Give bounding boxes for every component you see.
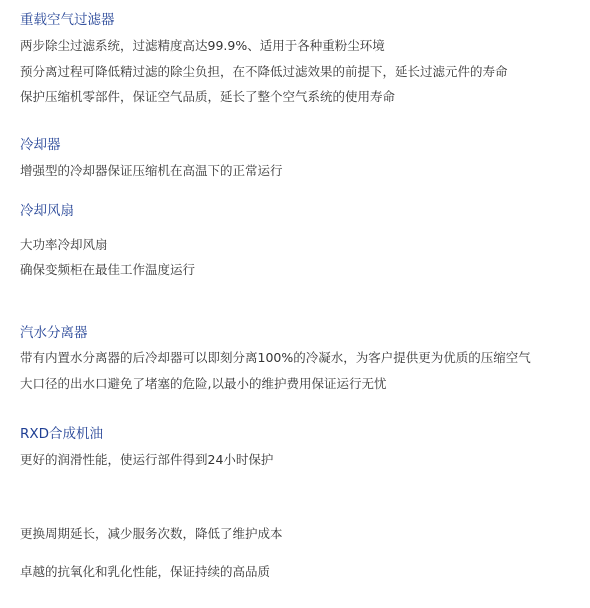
section-title-cooling-fan: 冷却风扇 bbox=[20, 202, 74, 220]
section-title-water-separator: 汽水分离器 bbox=[20, 324, 88, 342]
feature-line: 预分离过程可降低精过滤的除尘负担，在不降低过滤效果的前提下，延长过滤元件的寿命 bbox=[20, 63, 508, 81]
feature-line: 大功率冷却风扇 bbox=[20, 236, 108, 254]
feature-line: 保护压缩机零部件，保证空气品质，延长了整个空气系统的使用寿命 bbox=[20, 88, 395, 106]
feature-line: 大口径的出水口避免了堵塞的危险,以最小的维护费用保证运行无忧 bbox=[20, 375, 386, 393]
section-title-synthetic-oil: RXD合成机油 bbox=[20, 425, 103, 443]
feature-line: 确保变频柜在最佳工作温度运行 bbox=[20, 261, 195, 279]
section-title-air-filter: 重载空气过滤器 bbox=[20, 11, 115, 29]
feature-line: 卓越的抗氧化和乳化性能，保证持续的高品质 bbox=[20, 563, 270, 581]
section-title-cooler: 冷却器 bbox=[20, 136, 61, 154]
feature-line: 更好的润滑性能，使运行部件得到24小时保护 bbox=[20, 451, 273, 469]
feature-line: 更换周期延长，减少服务次数，降低了维护成本 bbox=[20, 525, 283, 543]
feature-line: 两步除尘过滤系统，过滤精度高达99.9%、适用于各种重粉尘环境 bbox=[20, 37, 385, 55]
feature-line: 带有内置水分离器的后冷却器可以即刻分离100%的冷凝水，为客户提供更为优质的压缩… bbox=[20, 349, 531, 367]
feature-line: 增强型的冷却器保证压缩机在高温下的正常运行 bbox=[20, 162, 283, 180]
